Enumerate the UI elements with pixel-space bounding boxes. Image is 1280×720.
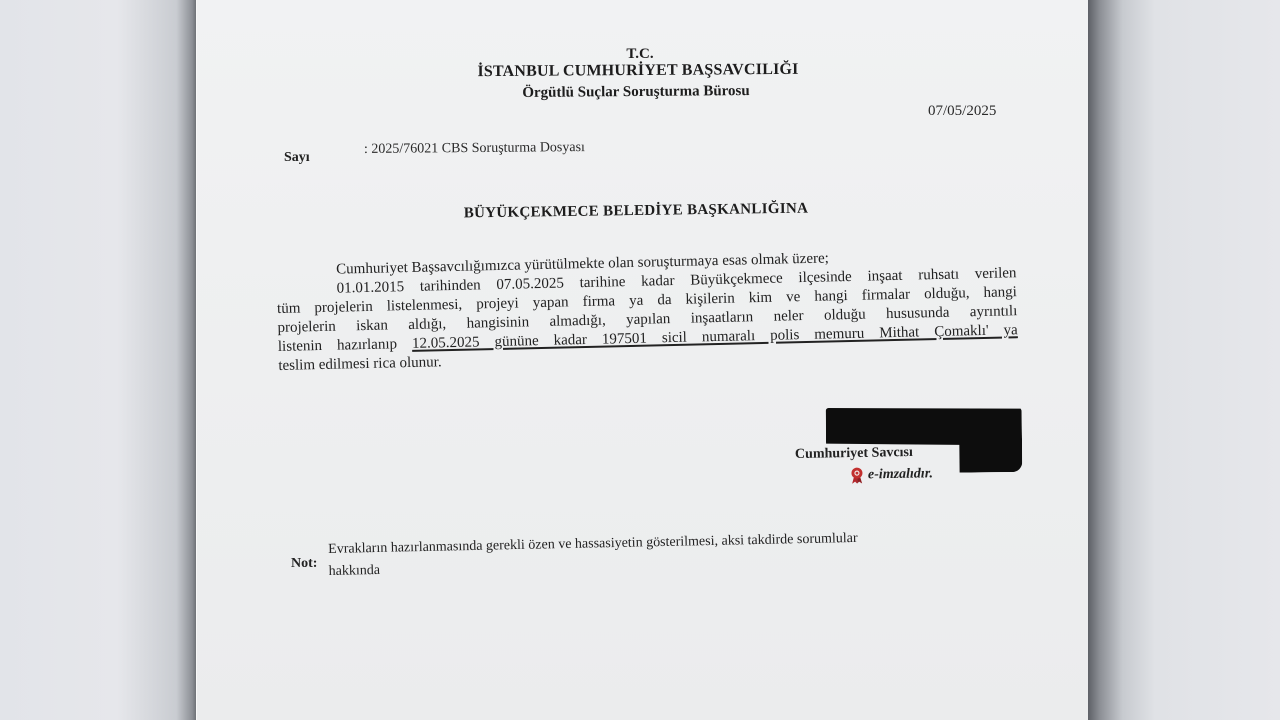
- background-right: [1088, 0, 1280, 720]
- body-line-5-prefix: listenin hazırlanıp: [278, 336, 412, 355]
- document-page: T.C. İSTANBUL CUMHURİYET BAŞSAVCILIĞI Ör…: [196, 0, 1088, 720]
- background-left: [0, 0, 196, 720]
- document-date: 07/05/2025: [928, 103, 996, 120]
- addressee: BÜYÜKÇEKMECE BELEDİYE BAŞKANLIĞINA: [190, 197, 1082, 226]
- redaction-block: [826, 406, 1023, 474]
- seal-ribbon-icon: [850, 466, 864, 484]
- header-bureau: Örgütlü Suçlar Soruşturma Bürosu: [190, 80, 1082, 105]
- signatory-title: Cumhuriyet Savcısı: [795, 445, 913, 463]
- e-signature: e-imzalıdır.: [850, 465, 933, 484]
- body-paragraph: Cumhuriyet Başsavcılığımızca yürütülmekt…: [276, 245, 1018, 376]
- reference-label: Sayı: [284, 150, 310, 166]
- reference-value: : 2025/76021 CBS Soruşturma Dosyası: [364, 140, 585, 158]
- e-signature-text: e-imzalıdır.: [868, 466, 933, 483]
- note-text: Evrakların hazırlanmasında gerekli özen …: [328, 525, 1029, 582]
- note-label: Not:: [291, 556, 317, 572]
